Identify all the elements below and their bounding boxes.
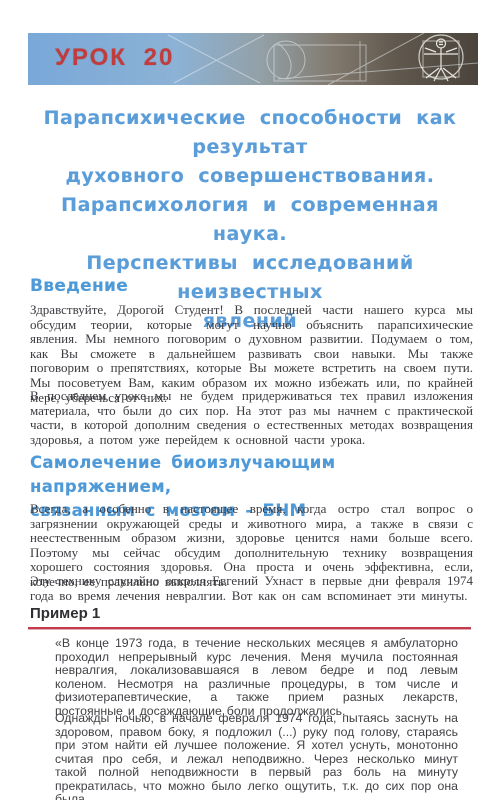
section-heading-introduction: Введение [30,276,128,296]
paragraph-intro-2: В последнем уроке мы не будем придержива… [30,389,473,447]
title-line: Парапсихические способности как результа… [20,104,480,162]
example-label: Пример 1 [30,605,100,622]
title-line: Парапсихология и современная наука. [20,191,480,249]
paragraph-selfhealing-2: Эту технику случайно открыл Евгений Ухна… [30,574,473,603]
quote-paragraph-1: «В конце 1973 года, в течение нескольких… [55,637,458,718]
lesson-badge: УРОК 20 [28,44,255,72]
quote-paragraph-2: Однажды ночью, в начале февраля 1974 год… [55,712,458,800]
heading-line: Самолечение биоизлучающим напряжением, [30,451,475,499]
example-divider [28,627,471,630]
title-line: духовного совершенствования. [20,162,480,191]
